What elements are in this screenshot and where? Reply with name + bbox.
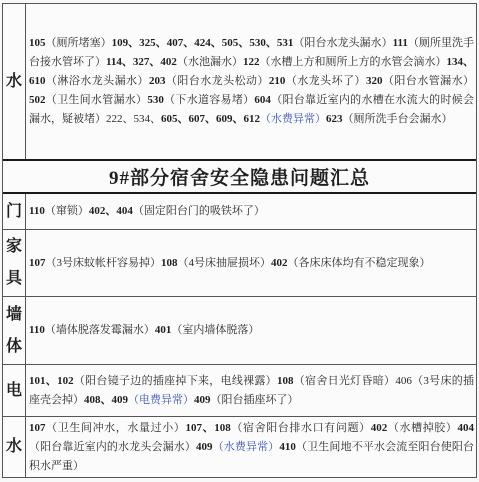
text-segment: 110 bbox=[29, 324, 45, 336]
text-segment: 404 bbox=[458, 422, 475, 434]
text-segment: 409 bbox=[194, 394, 211, 406]
text-segment: 408、409 bbox=[84, 394, 128, 406]
text-segment: 105 bbox=[29, 37, 46, 49]
row-label-furniture: 家具 bbox=[3, 230, 26, 296]
text-segment: 401 bbox=[155, 324, 172, 336]
row-text: 110（窜锁）402、404（固定阳台门的吸铁坏了） bbox=[29, 202, 474, 221]
text-segment: （阳台水管漏水） bbox=[382, 75, 474, 87]
title-row: 9#部分宿舍安全隐患问题汇总 bbox=[3, 159, 476, 194]
row-text: 107（3号床蚊帐杆容易掉）108（4号床抽屉损坏）402（各床床体均有不稳定现… bbox=[29, 254, 474, 273]
text-segment: （水费异常） bbox=[260, 113, 326, 125]
text-segment: 101、102 bbox=[29, 375, 74, 387]
text-segment: 530 bbox=[147, 94, 164, 106]
text-segment: （水槽掉胶） bbox=[387, 422, 457, 434]
text-segment: 108 bbox=[161, 257, 178, 269]
table-row-wall: 墙体 110（墙体脱落发霉漏水）401（室内墙体脱落） bbox=[3, 296, 476, 364]
text-segment: 402 bbox=[271, 257, 288, 269]
text-segment: （淋浴水龙头漏水） bbox=[46, 75, 149, 87]
text-segment: 110 bbox=[29, 205, 45, 217]
text-segment: （3号床蚊帐杆容易掉） bbox=[46, 257, 162, 269]
text-segment: 109、325、407、424、505、530、531 bbox=[112, 37, 294, 49]
row-content-water-top: 105（厕所堵塞）109、325、407、424、505、530、531（阳台水… bbox=[26, 4, 476, 159]
text-segment: 604 bbox=[254, 94, 271, 106]
text-segment: （电费异常） bbox=[128, 394, 194, 406]
text-segment: （宿舍阳台排水口有问题） bbox=[231, 422, 371, 434]
text-segment: 222、534、 bbox=[106, 113, 161, 125]
text-segment: 114、327、402 bbox=[106, 56, 177, 68]
text-segment: 502 bbox=[29, 94, 46, 106]
text-segment: 210 bbox=[269, 75, 286, 87]
table-row-water-bottom: 水 107（卫生间冲水，水量过小）107、108（宿舍阳台排水口有问题）402（… bbox=[3, 416, 476, 477]
row-label-door: 门 bbox=[3, 194, 26, 229]
text-segment: 203 bbox=[149, 75, 166, 87]
row-text: 110（墙体脱落发霉漏水）401（室内墙体脱落） bbox=[29, 321, 474, 340]
table-row-electricity: 电 101、102（阳台镜子边的插座掉下来，电线裸露）108（宿舍日光灯昏暗）4… bbox=[3, 364, 476, 416]
row-label-water-top: 水 bbox=[3, 4, 26, 159]
text-segment: 410 bbox=[279, 441, 296, 453]
hazard-summary-table: 水 105（厕所堵塞）109、325、407、424、505、530、531（阳… bbox=[2, 3, 477, 478]
row-text: 101、102（阳台镜子边的插座掉下来，电线裸露）108（宿舍日光灯昏暗）406… bbox=[29, 372, 474, 410]
text-segment: 111 bbox=[393, 37, 408, 49]
text-segment: （水槽上方和厕所上方的水管会滴水） bbox=[259, 56, 446, 68]
text-segment: （窜锁） bbox=[45, 205, 89, 217]
text-segment: （4号床抽屉损坏） bbox=[178, 257, 272, 269]
row-content-furniture: 107（3号床蚊帐杆容易掉）108（4号床抽屉损坏）402（各床床体均有不稳定现… bbox=[26, 230, 476, 296]
text-segment: 108 bbox=[277, 375, 294, 387]
text-segment: （水费异常） bbox=[212, 441, 279, 453]
text-segment: 409 bbox=[196, 441, 213, 453]
row-text: 105（厕所堵塞）109、325、407、424、505、530、531（阳台水… bbox=[29, 34, 474, 129]
text-segment: 605、607、609、612 bbox=[161, 113, 260, 125]
text-segment: 402 bbox=[371, 422, 388, 434]
text-segment: （阳台插座坏了） bbox=[211, 394, 299, 406]
row-content-door: 110（窜锁）402、404（固定阳台门的吸铁坏了） bbox=[26, 194, 476, 229]
text-segment: 107 bbox=[29, 422, 46, 434]
table-row-furniture: 家具 107（3号床蚊帐杆容易掉）108（4号床抽屉损坏）402（各床床体均有不… bbox=[3, 229, 476, 296]
row-content-water-bottom: 107（卫生间冲水，水量过小）107、108（宿舍阳台排水口有问题）402（水槽… bbox=[26, 417, 476, 477]
text-segment: （阳台镜子边的插座掉下来，电线裸露） bbox=[74, 375, 277, 387]
table-row-door: 门 110（窜锁）402、404（固定阳台门的吸铁坏了） bbox=[3, 194, 476, 229]
row-label-electricity: 电 bbox=[3, 365, 26, 416]
text-segment: 122 bbox=[243, 56, 260, 68]
table-row-water-top: 水 105（厕所堵塞）109、325、407、424、505、530、531（阳… bbox=[3, 4, 476, 159]
row-label-water-bottom: 水 bbox=[3, 417, 26, 477]
text-segment: （水池漏水） bbox=[177, 56, 243, 68]
text-segment: 107、108 bbox=[186, 422, 231, 434]
text-segment: 623 bbox=[326, 113, 343, 125]
text-segment: 406 bbox=[395, 375, 412, 387]
text-segment: （阳台水龙头松动） bbox=[165, 75, 268, 87]
text-segment: （卫生间冲水，水量过小） bbox=[46, 422, 186, 434]
row-label-wall: 墙体 bbox=[3, 297, 26, 364]
text-segment: （各床床体均有不稳定现象） bbox=[288, 257, 431, 269]
text-segment: （阳台靠近室内的水龙头会漏水） bbox=[29, 441, 196, 453]
text-segment: （水龙头坏了） bbox=[285, 75, 366, 87]
text-segment: （厕所洗手台会漏水） bbox=[343, 113, 453, 125]
text-segment: 402、404 bbox=[89, 205, 133, 217]
text-segment: 107 bbox=[29, 257, 46, 269]
row-content-electricity: 101、102（阳台镜子边的插座掉下来，电线裸露）108（宿舍日光灯昏暗）406… bbox=[26, 365, 476, 416]
text-segment: 320 bbox=[366, 75, 383, 87]
text-segment: （卫生间水管漏水） bbox=[46, 94, 148, 106]
text-segment: （墙体脱落发霉漏水） bbox=[45, 324, 155, 336]
text-segment: （固定阳台门的吸铁坏了） bbox=[133, 205, 265, 217]
page-title: 9#部分宿舍安全隐患问题汇总 bbox=[109, 163, 370, 190]
text-segment: （阳台水龙头漏水） bbox=[293, 37, 392, 49]
text-segment: （室内墙体脱落） bbox=[171, 324, 259, 336]
text-segment: （下水道容易堵） bbox=[164, 94, 255, 106]
row-text: 107（卫生间冲水，水量过小）107、108（宿舍阳台排水口有问题）402（水槽… bbox=[29, 419, 474, 476]
text-segment: （宿舍日光灯昏暗） bbox=[293, 375, 395, 387]
text-segment: （厕所堵塞） bbox=[46, 37, 112, 49]
row-content-wall: 110（墙体脱落发霉漏水）401（室内墙体脱落） bbox=[26, 297, 476, 364]
